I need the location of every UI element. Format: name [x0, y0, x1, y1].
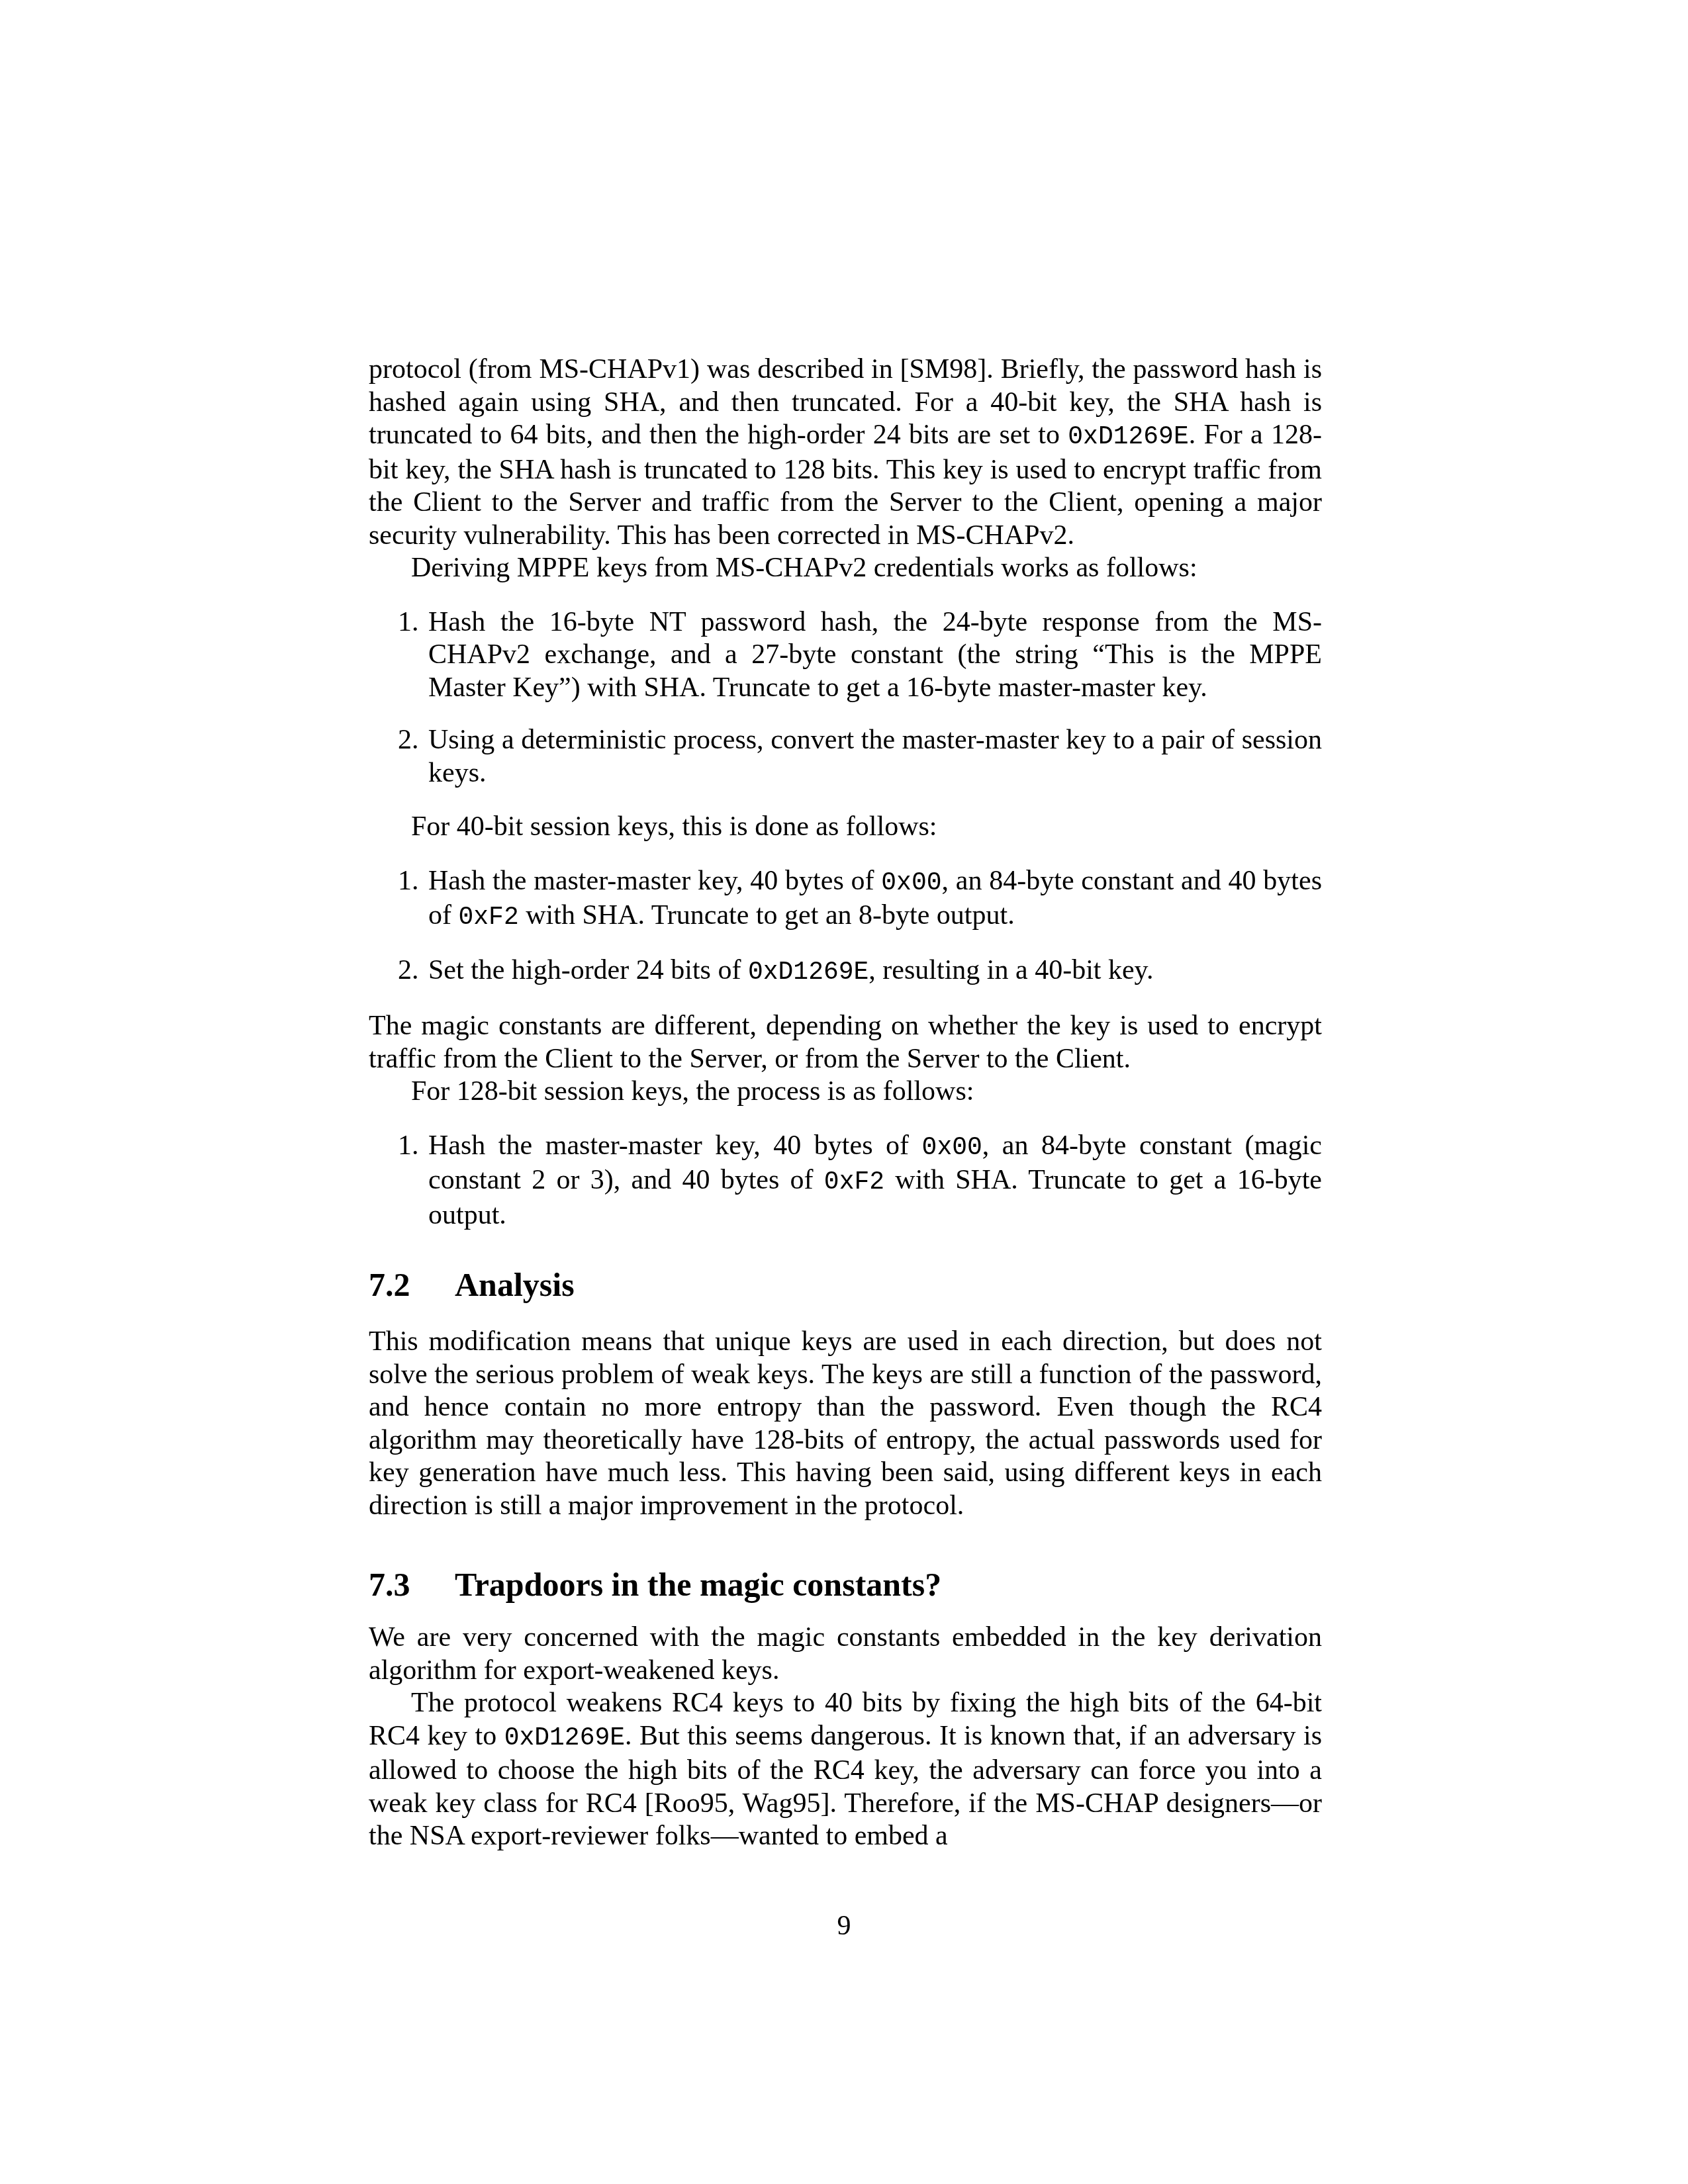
list-128bit-session-key-steps: 1. Hash the master-master key, 40 bytes …	[369, 1130, 1322, 1232]
inline-code-hex-constant: 0xD1269E	[1068, 423, 1188, 451]
list-item-number: 2.	[398, 724, 419, 757]
paragraph-text-run: Deriving MPPE keys from MS-CHAPv2 creden…	[411, 553, 1197, 583]
inline-code-hex-constant: 0xF2	[824, 1168, 884, 1197]
section-title: Analysis	[455, 1266, 575, 1303]
paragraph-text-run: This modification means that unique keys…	[369, 1326, 1322, 1521]
paragraph-text-run: The magic constants are different, depen…	[369, 1011, 1322, 1074]
page-number: 9	[0, 1910, 1688, 1943]
inline-code-hex-constant: 0x00	[922, 1134, 982, 1162]
section-number: 7.2	[369, 1267, 455, 1302]
list-item: 2. Using a deterministic process, conver…	[369, 724, 1322, 790]
paragraph-text-run: Set the high-order 24 bits of	[428, 955, 748, 985]
list-item-number: 2.	[398, 954, 419, 987]
list-item-text: Hash the master-master key, 40 bytes of …	[428, 866, 1322, 931]
paragraph-text-run: with SHA. Truncate to get an 8-byte outp…	[519, 900, 1015, 931]
paragraph-text-run: We are very concerned with the magic con…	[369, 1622, 1322, 1686]
list-item-text: Set the high-order 24 bits of 0xD1269E, …	[428, 955, 1153, 985]
section-number: 7.3	[369, 1567, 455, 1602]
paragraph-40bit-session-keys-intro: For 40-bit session keys, this is done as…	[369, 811, 1322, 844]
list-item-text: Hash the master-master key, 40 bytes of …	[428, 1130, 1322, 1230]
list-item: 1. Hash the master-master key, 40 bytes …	[369, 865, 1322, 934]
paragraph-text-run: Hash the master-master key, 40 bytes of	[428, 866, 881, 896]
paragraph-128bit-session-keys-intro: For 128-bit session keys, the process is…	[369, 1075, 1322, 1109]
paragraph-text-run: Hash the 16-byte NT password hash, the 2…	[428, 607, 1322, 703]
list-item: 1. Hash the master-master key, 40 bytes …	[369, 1130, 1322, 1232]
list-item-number: 1.	[398, 865, 419, 898]
list-item: 1. Hash the 16-byte NT password hash, th…	[369, 606, 1322, 705]
section-title: Trapdoors in the magic constants?	[455, 1566, 941, 1603]
paragraph-text-run: For 128-bit session keys, the process is…	[411, 1076, 974, 1107]
paragraph-mppe-key-derivation: protocol (from MS-CHAPv1) was described …	[369, 353, 1322, 552]
paragraph-trapdoor-concern: We are very concerned with the magic con…	[369, 1621, 1322, 1687]
paragraph-deriving-mppe-keys: Deriving MPPE keys from MS-CHAPv2 creden…	[369, 552, 1322, 585]
paragraph-rc4-weakening: The protocol weakens RC4 keys to 40 bits…	[369, 1687, 1322, 1853]
list-item-number: 1.	[398, 606, 419, 639]
paragraph-analysis: This modification means that unique keys…	[369, 1326, 1322, 1522]
list-mschapv2-derivation-steps: 1. Hash the 16-byte NT password hash, th…	[369, 606, 1322, 790]
text-column: protocol (from MS-CHAPv1) was described …	[369, 353, 1322, 1853]
paragraph-text-run: Using a deterministic process, convert t…	[428, 725, 1322, 788]
inline-code-hex-constant: 0xF2	[459, 903, 519, 932]
inline-code-hex-constant: 0xD1269E	[504, 1724, 625, 1752]
section-heading-7-2: 7.2Analysis	[369, 1267, 1322, 1302]
paragraph-magic-constants-note: The magic constants are different, depen…	[369, 1010, 1322, 1075]
list-item-text: Hash the 16-byte NT password hash, the 2…	[428, 607, 1322, 703]
section-heading-7-3: 7.3Trapdoors in the magic constants?	[369, 1567, 1322, 1602]
inline-code-hex-constant: 0x00	[881, 869, 941, 897]
list-40bit-session-key-steps: 1. Hash the master-master key, 40 bytes …	[369, 865, 1322, 989]
list-item-text: Using a deterministic process, convert t…	[428, 725, 1322, 788]
paper-page: protocol (from MS-CHAPv1) was described …	[0, 0, 1688, 2184]
inline-code-hex-constant: 0xD1269E	[748, 958, 868, 987]
paragraph-text-run: Hash the master-master key, 40 bytes of	[428, 1130, 922, 1161]
list-item: 2. Set the high-order 24 bits of 0xD1269…	[369, 954, 1322, 989]
list-item-number: 1.	[398, 1130, 419, 1163]
paragraph-text-run: , resulting in a 40-bit key.	[868, 955, 1153, 985]
paragraph-text-run: For 40-bit session keys, this is done as…	[411, 811, 937, 842]
